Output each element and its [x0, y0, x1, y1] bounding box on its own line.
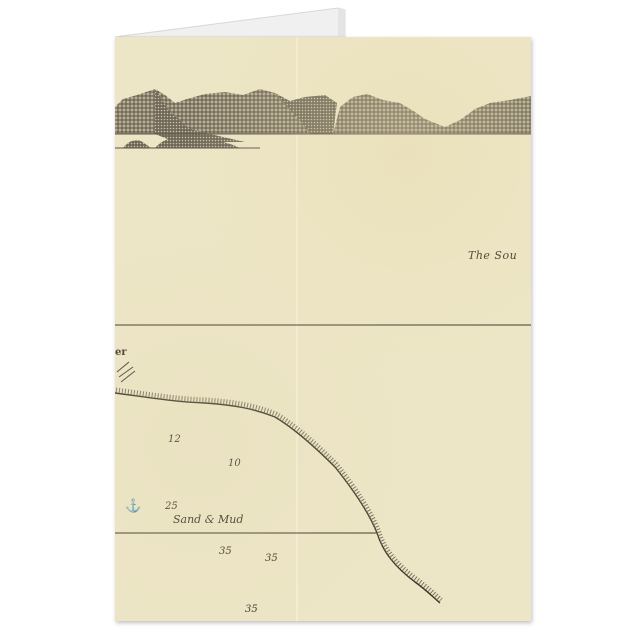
place-label-fragment: er — [115, 347, 127, 358]
sounding-depth: 35 — [265, 553, 278, 564]
sounding-depth: 35 — [219, 546, 232, 557]
anchor-icon: ⚓ — [125, 499, 141, 514]
sounding-depth: 12 — [168, 434, 181, 445]
greeting-card-front: The Sou er 12 10 25 35 35 35 ⚓ Sand & Mu… — [115, 37, 531, 621]
coastline — [115, 362, 441, 603]
region-label: The Sou — [468, 249, 517, 262]
seabed-label: Sand & Mud — [173, 513, 243, 526]
sounding-depth: 10 — [228, 458, 241, 469]
card-back-flap — [0, 0, 644, 40]
chart-artwork — [115, 37, 531, 621]
sounding-depth: 25 — [165, 501, 178, 512]
sounding-depth: 35 — [245, 604, 258, 615]
coastal-mountain-profile — [115, 89, 531, 148]
